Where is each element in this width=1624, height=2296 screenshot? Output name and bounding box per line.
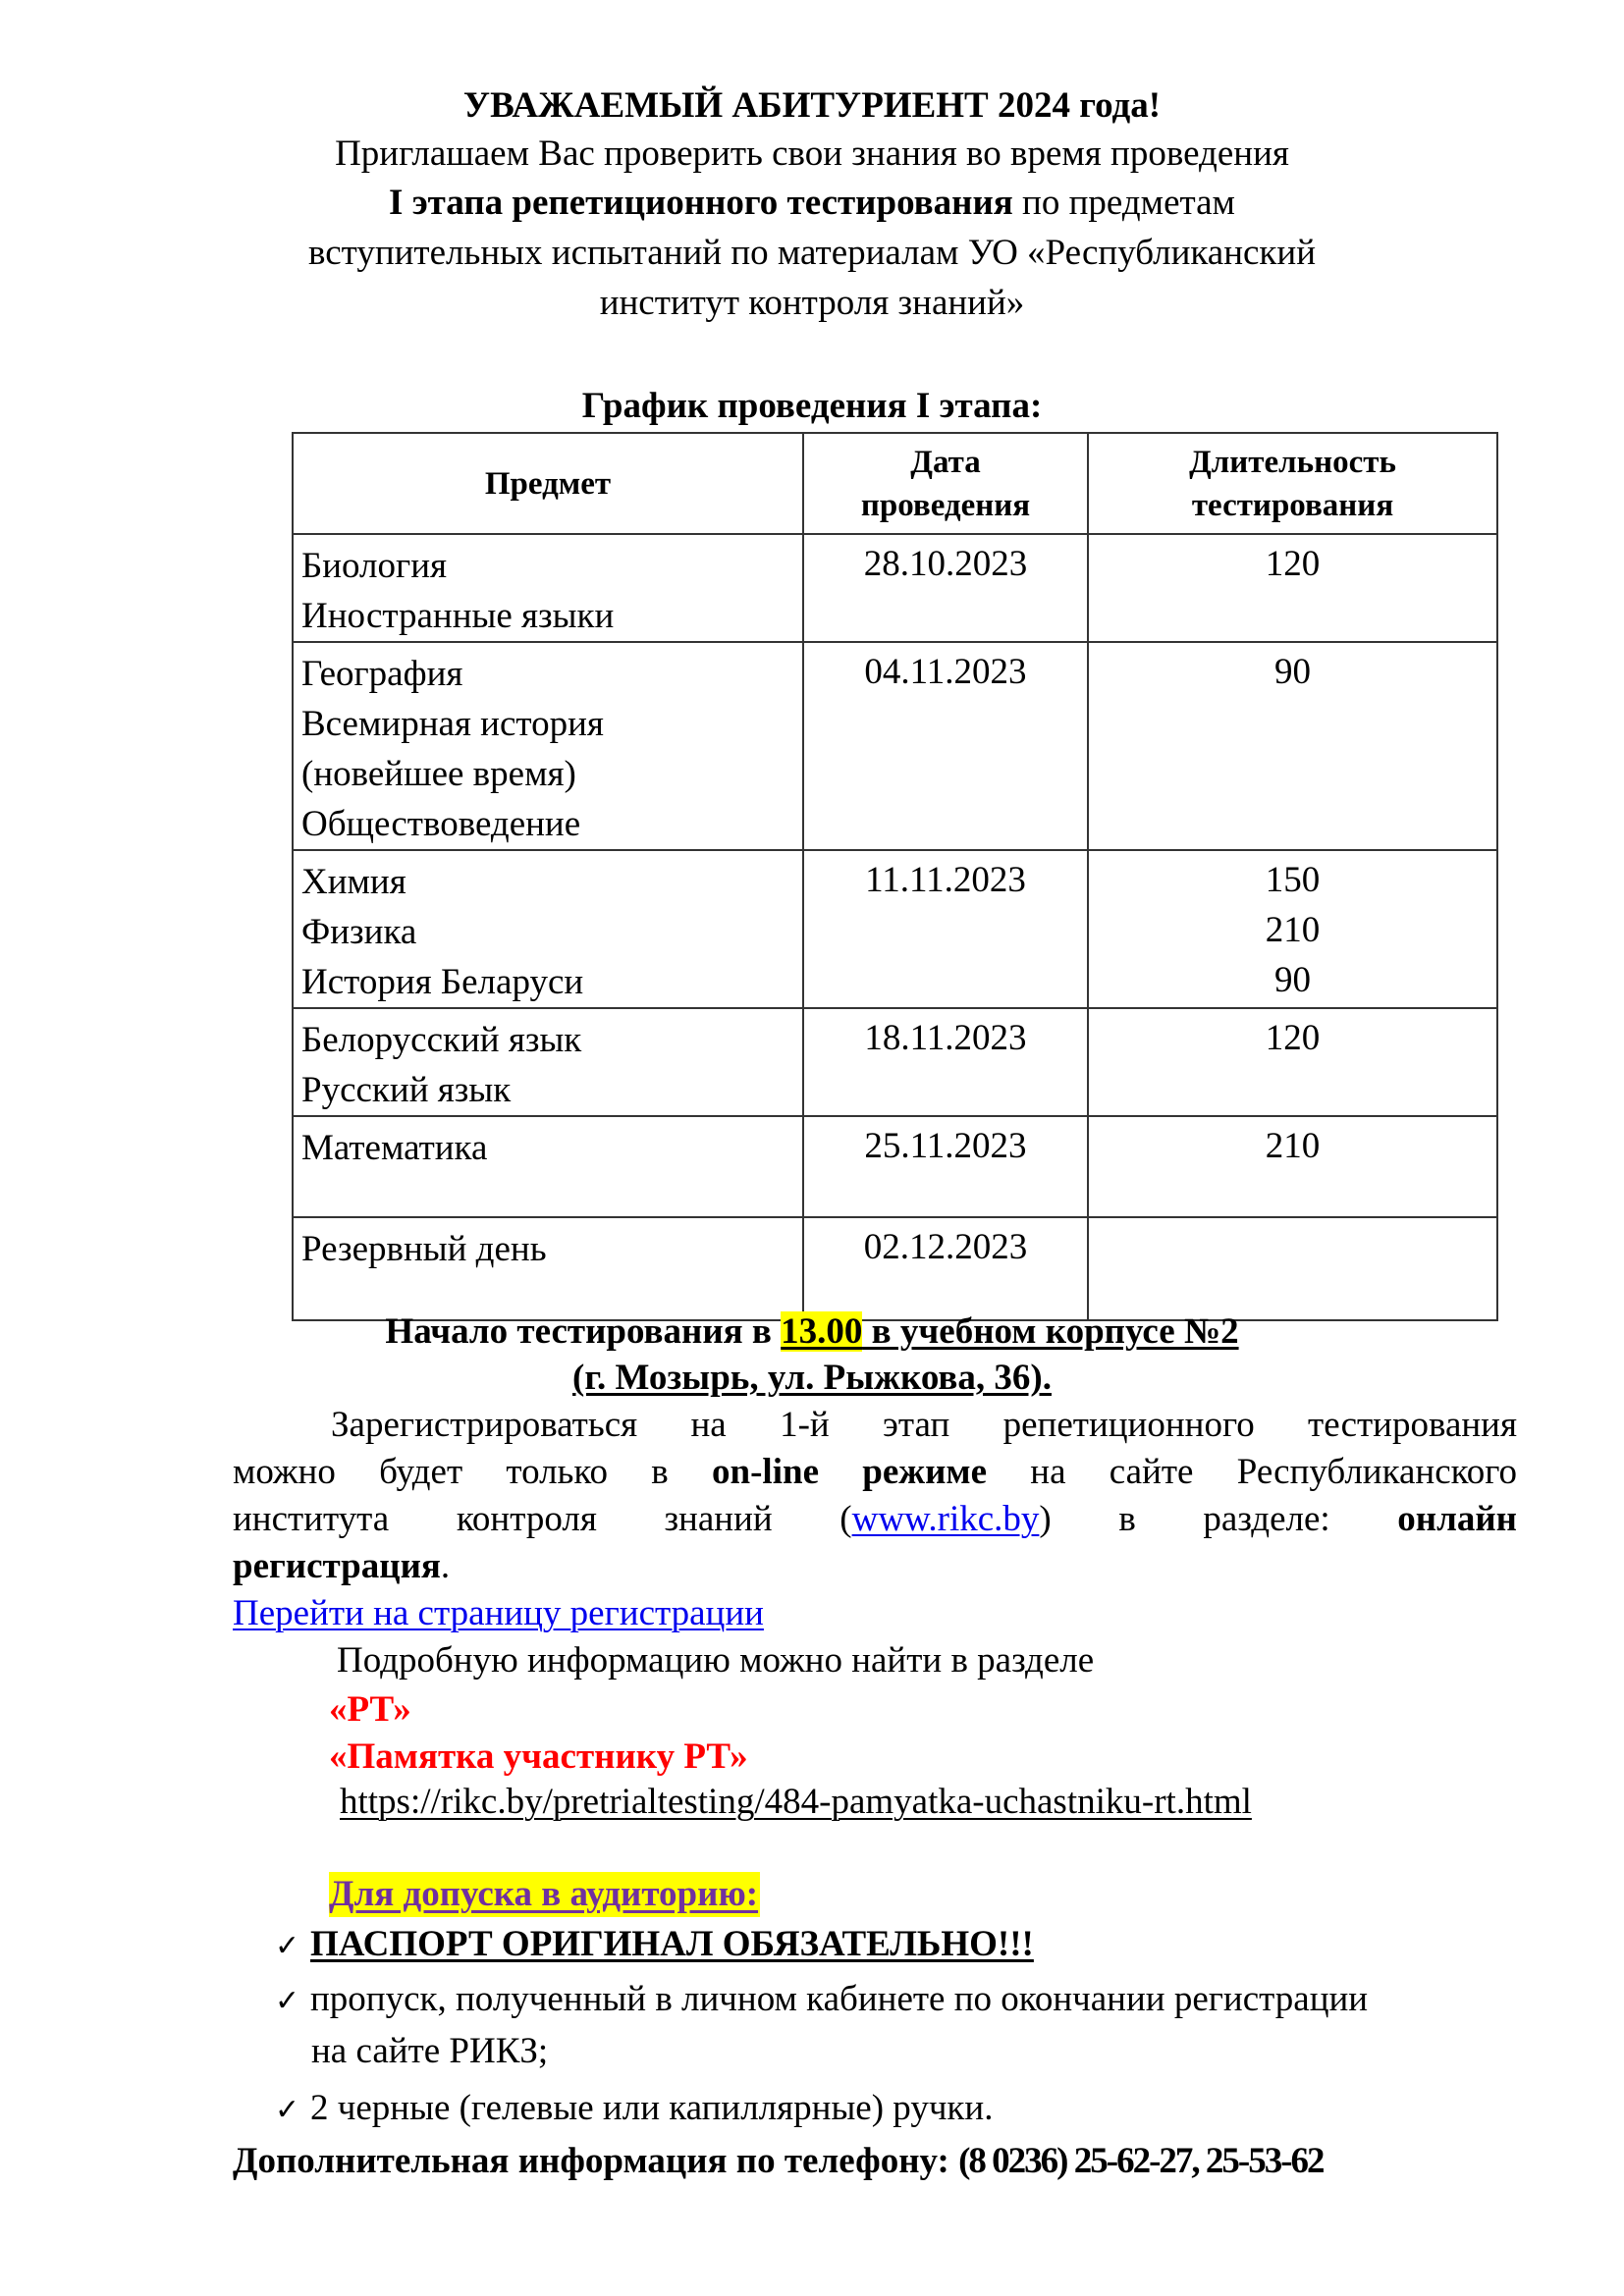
online-mode-text: on-line режиме: [712, 1452, 987, 1492]
subject-name: Биология: [301, 541, 802, 591]
registration-line-2: можно будет только в on-line режиме на с…: [233, 1449, 1517, 1496]
schedule-table: Предмет Дата проведения Длительность тес…: [292, 432, 1498, 1321]
table-header-row: Предмет Дата проведения Длительность тес…: [293, 433, 1497, 534]
admission-item-pass: ✓пропуск, полученный в личном кабинете п…: [275, 1974, 1368, 2027]
subject-name: Иностранные языки: [301, 591, 802, 641]
text: ) в разделе:: [1039, 1499, 1397, 1539]
subject-name: Физика: [301, 907, 802, 957]
duration-value: 150: [1089, 855, 1496, 905]
table-row: Белорусский языкРусский язык18.11.202312…: [293, 1008, 1497, 1116]
date-cell: 18.11.2023: [803, 1008, 1088, 1116]
schedule-title: График проведения I этапа:: [0, 382, 1624, 431]
online-text: онлайн: [1397, 1499, 1517, 1539]
subject-name: Белорусский язык: [301, 1015, 802, 1065]
intro-rest: по предметам: [1013, 183, 1235, 223]
duration-cell: 120: [1088, 1008, 1497, 1116]
check-icon: ✓: [275, 1976, 310, 2027]
duration-value: 210: [1089, 905, 1496, 955]
column-header-date: Дата проведения: [803, 433, 1088, 534]
header-text: Дата: [804, 441, 1087, 484]
address-text: (г. Мозырь, ул. Рыжкова, 36).: [572, 1358, 1052, 1398]
intro-line-1: Приглашаем Вас проверить свои знания во …: [0, 130, 1624, 179]
subject-cell: Белорусский языкРусский язык: [293, 1008, 803, 1116]
subject-name: Всемирная история: [301, 699, 802, 749]
text: .: [441, 1546, 450, 1586]
duration-cell: [1088, 1217, 1497, 1320]
header-text: Предмет: [294, 462, 802, 506]
item-text: пропуск, полученный в личном кабинете по…: [310, 1979, 1368, 2019]
table-row: БиологияИностранные языки28.10.2023120: [293, 534, 1497, 642]
text: на сайте Республиканского: [987, 1452, 1517, 1492]
header-text: Длительность: [1089, 441, 1496, 484]
registration-paragraph: Зарегистрироваться на 1-й этап репетицио…: [233, 1402, 1517, 1590]
contact-label: Дополнительная информация по телефону:: [233, 2141, 958, 2181]
subject-cell: БиологияИностранные языки: [293, 534, 803, 642]
contact-phone-line: Дополнительная информация по телефону: (…: [233, 2138, 1324, 2185]
subject-name: Русский язык: [301, 1065, 802, 1115]
header-text: проведения: [804, 484, 1087, 527]
address-line: (г. Мозырь, ул. Рыжкова, 36).: [0, 1354, 1624, 1403]
check-icon: ✓: [275, 1921, 310, 1972]
duration-value: 120: [1089, 1013, 1496, 1063]
duration-cell: 15021090: [1088, 850, 1497, 1008]
item-text: ПАСПОРТ ОРИГИНАЛ ОБЯЗАТЕЛЬНО!!!: [310, 1924, 1034, 1964]
header-text: тестирования: [1089, 484, 1496, 527]
registration-line-1: Зарегистрироваться на 1-й этап репетицио…: [233, 1402, 1517, 1449]
subject-cell: ХимияФизикаИстория Беларуси: [293, 850, 803, 1008]
duration-cell: 120: [1088, 534, 1497, 642]
subject-name: (новейшее время): [301, 749, 802, 799]
subject-cell: ГеографияВсемирная история(новейшее врем…: [293, 642, 803, 850]
registration-page-link[interactable]: Перейти на страницу регистрации: [233, 1590, 764, 1637]
memo-section-label: «Памятка участнику РТ»: [329, 1734, 748, 1781]
start-details: 13.00 в учебном корпусе №2: [781, 1311, 1238, 1352]
subject-name: Химия: [301, 857, 802, 907]
date-cell: 28.10.2023: [803, 534, 1088, 642]
table-row: ГеографияВсемирная история(новейшее врем…: [293, 642, 1497, 850]
duration-value: 210: [1089, 1121, 1496, 1171]
subject-cell: Математика: [293, 1116, 803, 1217]
start-prefix: Начало тестирования в: [385, 1311, 781, 1352]
phone-numbers: (8 0236) 25-62-27, 25-53-62: [958, 2141, 1323, 2181]
date-cell: 04.11.2023: [803, 642, 1088, 850]
subject-name: Математика: [301, 1123, 802, 1173]
intro-line-4: институт контроля знаний»: [0, 279, 1624, 328]
subject-name: История Беларуси: [301, 957, 802, 1007]
memo-url-link[interactable]: https://rikc.by/pretrialtesting/484-pamy…: [340, 1779, 1252, 1826]
registration-line-4: регистрация.: [233, 1543, 1517, 1590]
duration-cell: 210: [1088, 1116, 1497, 1217]
item-text: 2 черные (гелевые или капиллярные) ручки…: [310, 2088, 993, 2128]
subject-cell: Резервный день: [293, 1217, 803, 1320]
date-cell: 11.11.2023: [803, 850, 1088, 1008]
registration-text: регистрация: [233, 1546, 441, 1586]
date-cell: 02.12.2023: [803, 1217, 1088, 1320]
duration-value: 90: [1089, 955, 1496, 1005]
duration-cell: 90: [1088, 642, 1497, 850]
table-row: Математика25.11.2023210: [293, 1116, 1497, 1217]
subject-name: География: [301, 649, 802, 699]
intro-bold: I этапа репетиционного тестирования: [389, 183, 1013, 223]
text: можно будет только в: [233, 1452, 712, 1492]
page-title: УВАЖАЕМЫЙ АБИТУРИЕНТ 2024 года!: [0, 81, 1624, 131]
text: института контроля знаний (: [233, 1499, 852, 1539]
admission-item-passport: ✓ПАСПОРТ ОРИГИНАЛ ОБЯЗАТЕЛЬНО!!!: [275, 1919, 1034, 1972]
intro-line-2: I этапа репетиционного тестирования по п…: [0, 179, 1624, 228]
subject-name: Обществоведение: [301, 799, 802, 849]
subject-name: Резервный день: [301, 1224, 802, 1274]
date-cell: 25.11.2023: [803, 1116, 1088, 1217]
rikc-site-link[interactable]: www.rikc.by: [852, 1499, 1040, 1539]
admission-item-pens: ✓2 черные (гелевые или капиллярные) ручк…: [275, 2083, 993, 2136]
start-location: в учебном корпусе №2: [862, 1311, 1238, 1352]
admission-title: Для допуска в аудиторию:: [329, 1872, 760, 1917]
duration-value: 120: [1089, 539, 1496, 589]
table-row: Резервный день02.12.2023: [293, 1217, 1497, 1320]
duration-value: 90: [1089, 647, 1496, 697]
start-time: 13.00: [781, 1311, 862, 1352]
registration-line-3: института контроля знаний (www.rikc.by) …: [233, 1496, 1517, 1543]
rt-section-label: «РТ»: [329, 1686, 411, 1734]
table-row: ХимияФизикаИстория Беларуси11.11.2023150…: [293, 850, 1497, 1008]
column-header-duration: Длительность тестирования: [1088, 433, 1497, 534]
column-header-subject: Предмет: [293, 433, 803, 534]
check-icon: ✓: [275, 2085, 310, 2136]
intro-line-3: вступительных испытаний по материалам УО…: [0, 229, 1624, 278]
more-info-text: Подробную информацию можно найти в разде…: [337, 1637, 1094, 1684]
start-time-line: Начало тестирования в 13.00 в учебном ко…: [0, 1308, 1624, 1357]
admission-item-pass-continued: на сайте РИКЗ;: [311, 2026, 548, 2077]
